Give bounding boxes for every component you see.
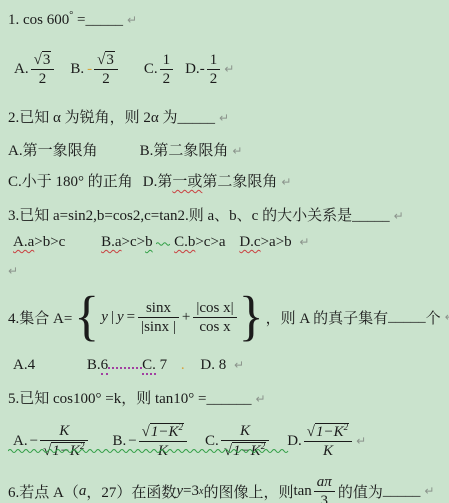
- radical-sign: √: [307, 424, 315, 440]
- dotted-underline-spacer: [108, 357, 142, 369]
- question-3-stem-row: 3.已知 a=sin2,b=cos2,c=tan2.则 a、b、c 的大小关系是…: [8, 204, 404, 225]
- answer-blank: _____: [352, 208, 390, 224]
- question-2-stem: 2.已知 α 为锐角，则 2α 为: [8, 110, 177, 126]
- exponent: 2: [344, 422, 349, 432]
- equals-sign: =: [73, 12, 85, 28]
- exponent: 2: [179, 422, 184, 432]
- option-c: C.b>c>a: [174, 234, 226, 250]
- denominator: cos x: [193, 317, 236, 336]
- green-squiggle-underline: [8, 446, 294, 456]
- paragraph-mark-icon: ↵: [219, 111, 229, 125]
- question-3-options-row: A.a>b>c B.a>c>b C.b>c>a D.c>a>b ↵: [8, 234, 309, 251]
- question-4-unit: 个: [426, 307, 441, 328]
- option-c: C. 1 2: [144, 51, 173, 88]
- minus-sign: -: [87, 61, 92, 78]
- document-page: 1. cos 600° =_____↵ A. √3 2 B. - √3 2 C.…: [0, 0, 449, 503]
- grammar-marked-text: b: [145, 234, 153, 250]
- numerator: √1−K2: [304, 422, 352, 441]
- option-b: B.a>c>b: [101, 234, 153, 250]
- denominator: |sinx |: [138, 317, 179, 336]
- fraction: √1−K2 K: [304, 422, 352, 460]
- question-1-options-row: A. √3 2 B. - √3 2 C. 1 2 D. - 1: [8, 46, 234, 92]
- denominator: K: [304, 441, 352, 460]
- radicand: 1−K2: [315, 423, 349, 440]
- answer-blank: ______: [207, 391, 252, 407]
- question-2-options-cd-row: C.小于 180° 的正角D.第一或第二象限角↵: [8, 170, 291, 191]
- misspell-marked-text: B.a: [101, 234, 121, 250]
- question-5-stem: 5.已知 cos100° =k，则 tan10° =: [8, 391, 207, 407]
- option-c: C. 7: [142, 357, 167, 375]
- paragraph-mark-icon: ↵: [424, 484, 434, 498]
- option-d-text: D.第: [143, 174, 173, 190]
- paragraph-mark-icon: ↵: [234, 358, 244, 372]
- set-bar: |: [111, 309, 114, 326]
- question-6-stem-row: 6.若点 A（a，27）在函数 y = 3x 的图像上，则 tan aπ 3 的…: [8, 472, 434, 503]
- numerator: aπ: [314, 473, 335, 491]
- question-1-stem-row: 1. cos 600° =_____↵: [8, 10, 137, 29]
- equals-sign: =: [183, 483, 191, 500]
- option-d: D.c>a>b: [239, 234, 291, 250]
- variable-a: a: [79, 483, 87, 500]
- fraction: √3 2: [94, 51, 118, 88]
- option-a: A.a>b>c: [13, 234, 65, 250]
- question-4-stem-mid: ，则 A 的真子集有: [266, 307, 389, 328]
- option-c: C.小于 180° 的正角: [8, 174, 133, 190]
- option-b-text: >c>: [122, 234, 146, 250]
- option-a-text: >b>c: [34, 234, 65, 250]
- empty-line-row: ↵: [8, 263, 18, 280]
- paragraph-mark-icon: ↵: [232, 144, 242, 158]
- numerator: K: [221, 422, 269, 440]
- question-5-stem-row: 5.已知 cos100° =k，则 tan10° =______↵: [8, 387, 266, 408]
- option-c-text: 7: [156, 357, 167, 373]
- misspell-marked-text: 一或: [172, 174, 202, 190]
- question-4-stem: 4.集合 A=: [8, 307, 72, 328]
- fraction: |cos x| cos x: [193, 299, 236, 336]
- numerator: sinx: [138, 299, 179, 317]
- question-2-stem-row: 2.已知 α 为锐角，则 2α 为_____↵: [8, 106, 229, 127]
- equals-sign: =: [127, 309, 135, 326]
- radical-sign: √: [142, 424, 150, 440]
- option-a-label: A.: [14, 61, 29, 78]
- fraction: 1 2: [160, 51, 174, 88]
- misspell-marked-text: A.a: [13, 234, 34, 250]
- option-b-label: B.: [70, 61, 84, 78]
- numerator: 1: [160, 51, 174, 69]
- misspell-marked-text: C.b: [174, 234, 195, 250]
- paragraph-mark-icon: ↵: [299, 235, 309, 249]
- answer-blank: _____: [383, 483, 421, 500]
- paragraph-mark-icon: ↵: [281, 175, 291, 189]
- denominator: 2: [94, 69, 118, 88]
- numerator: |cos x|: [193, 299, 236, 317]
- question-5-options-row: A. − K √1−K2 B. − √1−K2 K C. K √1−K2 D.: [8, 412, 366, 470]
- fraction: √3 2: [31, 51, 55, 88]
- question-4-options-row: A.4 B.6C. 7 . D. 8 ↵: [8, 357, 244, 374]
- option-a: A.第一象限角: [8, 143, 98, 159]
- open-brace: {: [72, 291, 101, 343]
- fraction: aπ 3: [314, 473, 335, 503]
- option-c-label: C.: [144, 61, 158, 78]
- green-squiggle-underline: [156, 238, 170, 246]
- question-4-stem-row: 4.集合 A= { y | y = sinx |sinx | + |cos x|…: [8, 286, 449, 348]
- question-6-tail: 的值为: [338, 481, 383, 502]
- option-d-text: 第二象限角: [202, 174, 277, 190]
- numerator: √1−K2: [139, 422, 187, 441]
- radicand: 3: [105, 51, 115, 68]
- option-c-text: >c>a: [195, 234, 225, 250]
- dotted-marked-text: 6: [101, 357, 109, 375]
- question-3-stem: 3.已知 a=sin2,b=cos2,c=tan2.则 a、b、c 的大小关系是: [8, 208, 352, 224]
- denominator: 2: [207, 69, 221, 88]
- option-b: B. - √3 2: [70, 51, 118, 88]
- option-a: A.4: [13, 357, 35, 373]
- question-1-stem: 1. cos 600: [8, 12, 69, 28]
- base-3: 3: [192, 483, 200, 500]
- paragraph-mark-icon: ↵: [8, 264, 18, 278]
- tan-function: tan: [293, 483, 311, 500]
- paragraph-mark-icon: ↵: [224, 62, 234, 76]
- paragraph-mark-icon: ↵: [356, 434, 366, 448]
- minus-sign: -: [200, 61, 205, 78]
- paragraph-mark-icon: ↵: [394, 209, 404, 223]
- answer-blank: _____: [177, 110, 215, 126]
- option-b-label: B.: [87, 357, 101, 373]
- radicand: 1−K2: [150, 423, 184, 440]
- dotted-marked-text: C.: [142, 357, 156, 375]
- option-d: D. √1−K2 K: [287, 422, 352, 460]
- denominator: 2: [160, 69, 174, 88]
- option-d-label: D.: [185, 61, 200, 78]
- set-variable: y: [101, 309, 108, 326]
- radicand: 3: [42, 51, 52, 68]
- question-6-stem: 6.若点 A（: [8, 481, 79, 502]
- close-brace: }: [237, 291, 266, 343]
- function-y: y: [176, 483, 183, 500]
- denominator: 2: [31, 69, 55, 88]
- paragraph-mark-icon: ↵: [256, 392, 266, 406]
- misspell-marked-text: D.c: [239, 234, 260, 250]
- set-variable: y: [117, 309, 124, 326]
- answer-blank: _____: [85, 12, 123, 28]
- radical-sign: √: [34, 52, 42, 68]
- amber-dot-mark: .: [181, 357, 185, 373]
- paragraph-mark-icon: ↵: [445, 310, 449, 324]
- numerator: K: [40, 422, 88, 440]
- plus-sign: +: [182, 309, 190, 326]
- question-6-coords: ，27）在函数: [86, 481, 176, 502]
- denominator: 3: [314, 491, 335, 503]
- fraction: 1 2: [207, 51, 221, 88]
- option-b: B.6: [87, 357, 108, 373]
- radicand-text: 1−K: [151, 424, 179, 440]
- option-d: D. 8: [200, 357, 226, 373]
- question-2-options-ab-row: A.第一象限角B.第二象限角↵: [8, 139, 242, 160]
- fraction: sinx |sinx |: [138, 299, 179, 336]
- paragraph-mark-icon: ↵: [127, 13, 137, 27]
- option-d: D. - 1 2: [185, 51, 220, 88]
- option-d: D.第一或第二象限角: [143, 174, 278, 190]
- radicand-text: 1−K: [316, 424, 344, 440]
- option-d-text: >a>b: [261, 234, 292, 250]
- option-b: B.第二象限角: [140, 143, 229, 159]
- answer-blank: _____: [388, 309, 426, 326]
- option-a: A. √3 2: [14, 51, 54, 88]
- question-6-mid: 的图像上，则: [203, 481, 293, 502]
- numerator: 1: [207, 51, 221, 69]
